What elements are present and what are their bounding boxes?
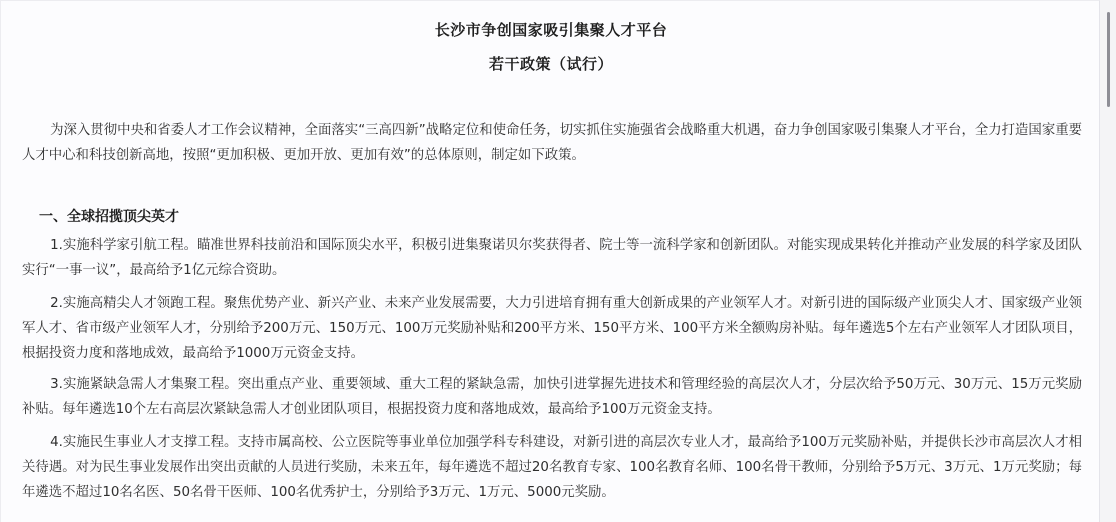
intro-paragraph: 为深入贯彻中央和省委人才工作会议精神，全面落实“三高四新”战略定位和使命任务，切… bbox=[22, 118, 1082, 168]
policy-item-4: 4.实施民生事业人才支撑工程。支持市属高校、公立医院等事业单位加强学科专科建设，… bbox=[22, 430, 1082, 505]
vertical-scrollbar[interactable] bbox=[1100, 0, 1116, 522]
policy-item-1: 1.实施科学家引航工程。瞄准世界科技前沿和国际顶尖水平，积极引进集聚诺贝尔奖获得… bbox=[22, 233, 1082, 283]
scrollbar-thumb[interactable] bbox=[1107, 12, 1110, 107]
document-title: 长沙市争创国家吸引集聚人才平台 bbox=[1, 19, 1101, 40]
document-page: 长沙市争创国家吸引集聚人才平台 若干政策（试行） 为深入贯彻中央和省委人才工作会… bbox=[0, 0, 1100, 522]
section-heading: 一、全球招揽顶尖英才 bbox=[39, 206, 179, 226]
document-subtitle: 若干政策（试行） bbox=[1, 53, 1101, 74]
policy-item-3: 3.实施紧缺急需人才集聚工程。突出重点产业、重要领域、重大工程的紧缺急需，加快引… bbox=[22, 372, 1082, 422]
policy-item-2: 2.实施高精尖人才领跑工程。聚焦优势产业、新兴产业、未来产业发展需要，大力引进培… bbox=[22, 291, 1082, 366]
